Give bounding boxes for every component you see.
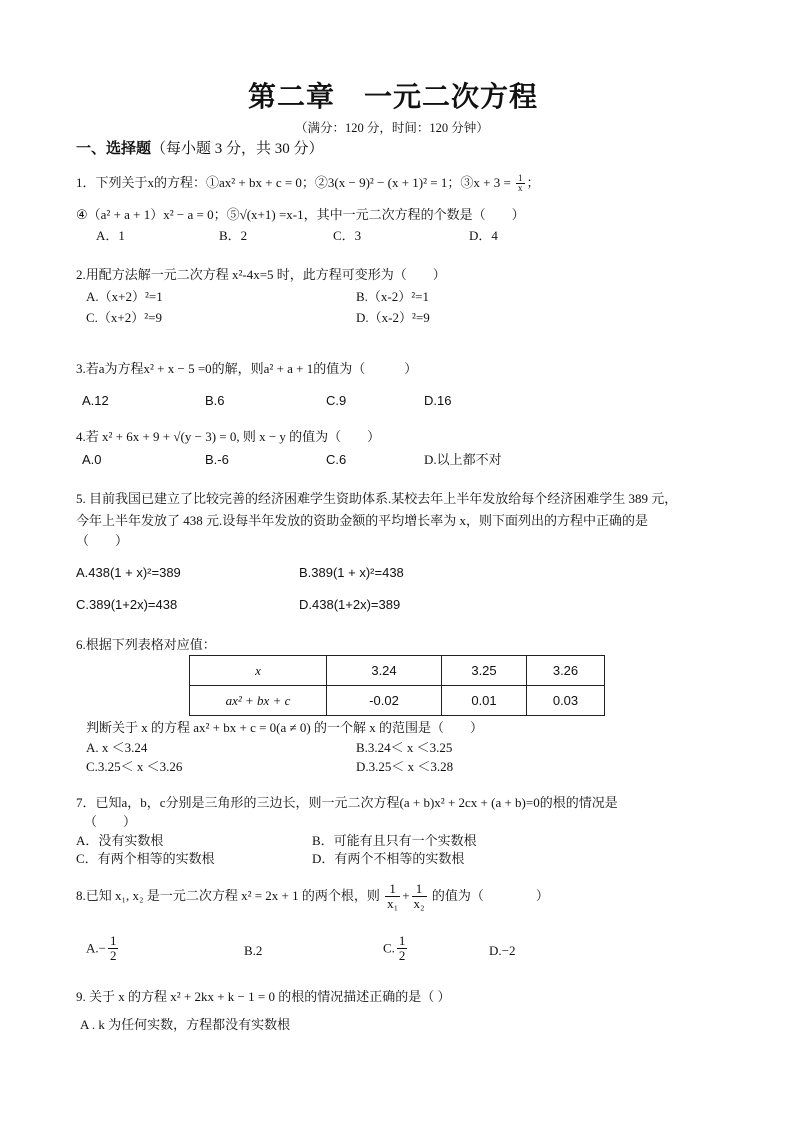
option-7c: C．有两个相等的实数根 [76,852,215,865]
fraction: 1x₂ [412,882,427,910]
question-7-line2: （ ） [84,815,136,828]
option-1a: A．1 [96,229,125,242]
table-cell: 0.03 [527,686,605,716]
question-4-stem: 4.若 x² + 6x + 9 + √(y − 3) = 0, 则 x − y … [76,430,380,443]
question-2-stem: 2.用配方法解一元二次方程 x²-4x=5 时，此方程可变形为（ ） [76,268,446,281]
question-8-stem: 8.已知 x₁, x₂ 是一元二次方程 x² = 2x + 1 的两个根，则 1… [76,882,549,910]
question-5-line3: （ ） [76,534,128,547]
option-5d: D.438(1+2x)=389 [299,598,400,611]
option-2a: A.（x+2）²=1 [86,290,163,303]
option-8c: C.12 [383,934,409,962]
section-note: （每小题 3 分，共 30 分） [151,141,324,157]
option-7a: A．没有实数根 [76,834,163,847]
option-4b: B.-6 [205,453,229,466]
question-9-stem: 9. 关于 x 的方程 x² + 2kx + k − 1 = 0 的根的情况描述… [76,990,450,1003]
option-6a: A. x ＜3.24 [86,741,147,754]
option-1b: B．2 [219,229,247,242]
fraction: 1x₁ [385,882,400,910]
option-3c: C.9 [326,394,346,407]
option-2c: C.（x+2）²=9 [86,311,162,324]
option-5c: C.389(1+2x)=438 [76,598,177,611]
table-cell: x [190,656,327,686]
section-heading: 一、选择题（每小题 3 分，共 30 分） [76,142,324,157]
option-6c: C.3.25＜ x ＜3.26 [86,760,182,773]
question-1-line2: ④（a² + a + 1）x² − a = 0；⑤√(x+1) =x-1，其中一… [76,208,525,221]
page-subtitle: （满分：120 分，时间：120 分钟） [295,122,489,135]
option-8a: A.−12 [86,934,120,962]
table-cell: 3.26 [527,656,605,686]
page-title: 第二章 一元二次方程 [248,84,538,112]
table-cell: 0.01 [442,686,527,716]
question-6-stem2: 判断关于 x 的方程 ax² + bx + c = 0(a ≠ 0) 的一个解 … [86,721,483,734]
option-2b: B.（x-2）²=1 [356,290,429,303]
question-3-stem: 3.若a为方程x² + x − 5 =0的解，则a² + a + 1的值为（ ） [76,362,417,375]
option-4c: C.6 [326,453,346,466]
table-cell: -0.02 [327,686,442,716]
option-6d: D.3.25＜ x ＜3.28 [356,760,453,773]
table-cell: 3.25 [442,656,527,686]
option-4a: A.0 [82,453,102,466]
option-8d: D.−2 [489,944,515,957]
question-1-line1: 1．下列关于x的方程：①ax² + bx + c = 0；②3(x − 9)² … [76,174,540,194]
option-9a: A . k 为任何实数，方程都没有实数根 [80,1018,290,1031]
question-5-line2: 今年上半年发放了 438 元.设每半年发放的资助金额的平均增长率为 x，则下面列… [76,514,648,527]
question-5-line1: 5. 目前我国已建立了比较完善的经济困难学生资助体系.某校去年上半年发放给每个经… [76,492,677,505]
option-2d: D.（x-2）²=9 [356,311,430,324]
fraction: 12 [397,934,408,962]
option-6b: B.3.24＜ x ＜3.25 [356,741,452,754]
question-6-stem: 6.根据下列表格对应值： [76,638,216,651]
option-5b: B.389(1 + x)²=438 [299,566,404,579]
option-1d: D．4 [469,229,498,242]
fraction: 12 [108,934,119,962]
option-1c: C．3 [333,229,361,242]
table-cell: ax² + bx + c [190,686,327,716]
option-3b: B.6 [205,394,225,407]
table-row: x 3.24 3.25 3.26 [190,656,605,686]
option-7b: B．可能有且只有一个实数根 [312,834,477,847]
question-7-line1: 7．已知a，b，c分别是三角形的三边长，则一元二次方程(a + b)x² + 2… [76,796,618,809]
value-table: x 3.24 3.25 3.26 ax² + bx + c -0.02 0.01… [189,655,605,716]
option-8b: B.2 [244,944,262,957]
table-cell: 3.24 [327,656,442,686]
option-4d: D.以上都不对 [424,453,502,466]
table-row: ax² + bx + c -0.02 0.01 0.03 [190,686,605,716]
option-7d: D．有两个不相等的实数根 [312,852,464,865]
option-5a: A.438(1 + x)²=389 [76,566,181,579]
fraction: 1x [516,174,525,194]
section-label: 一、选择题 [76,141,151,157]
option-3d: D.16 [424,394,451,407]
option-3a: A.12 [82,394,109,407]
